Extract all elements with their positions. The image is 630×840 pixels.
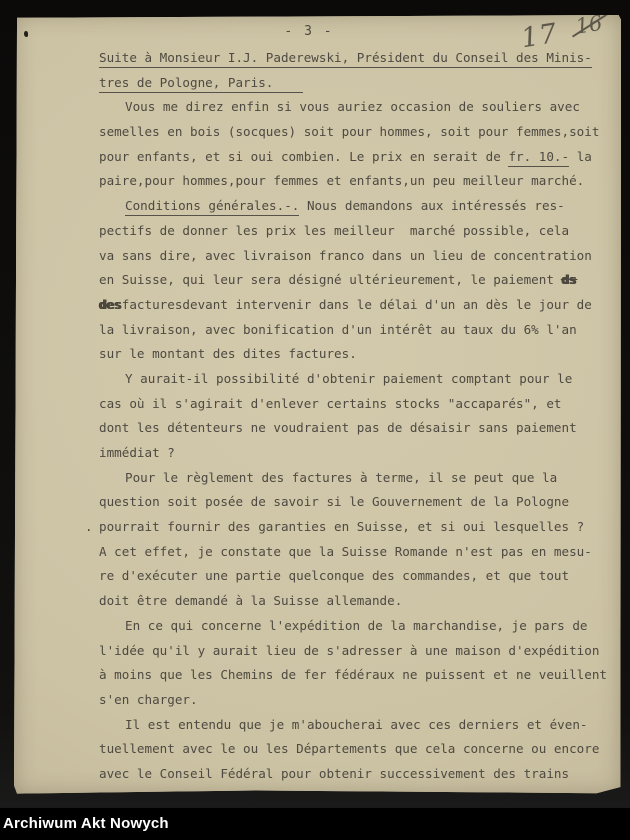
- handwritten-number-crossed-out: 16: [574, 11, 604, 39]
- document-line: sur le montant des dites factures.: [99, 342, 615, 367]
- text-run: facturesdevant intervenir dans le délai …: [122, 297, 592, 312]
- document-line: immédiat ?: [99, 441, 615, 466]
- document-line: l'idée qu'il y aurait lieu de s'adresser…: [99, 639, 615, 664]
- document-line: Pour le règlement des factures à terme, …: [99, 466, 615, 491]
- document-line: s'en charger.: [99, 688, 615, 713]
- text-run: pourrait fournir des garanties en Suisse…: [99, 519, 584, 534]
- emphasized-text: fr. 10.-: [508, 149, 569, 167]
- document-line: Vous me direz enfin si vous auriez occas…: [99, 95, 615, 120]
- text-run: cas où il s'agirait d'enlever certains s…: [99, 396, 562, 411]
- document-line: Il est entendu que je m'aboucherai avec …: [99, 713, 615, 738]
- text-run: s'en charger.: [99, 692, 198, 707]
- text-run: à moins que les Chemins de fer fédéraux …: [99, 667, 607, 682]
- emphasized-text: tres de Pologne, Paris.: [99, 75, 303, 93]
- text-run: A cet effet, je constate que la Suisse R…: [99, 544, 592, 559]
- document-line: tres de Pologne, Paris.: [99, 71, 615, 96]
- text-run: question soit posée de savoir si le Gouv…: [99, 494, 569, 509]
- document-line: tuellement avec le ou les Départements q…: [99, 737, 615, 762]
- document-body: Suite à Monsieur I.J. Paderewski, Présid…: [99, 46, 615, 787]
- scanned-page: - 3 - 17 16 Suite à Monsieur I.J. Padere…: [14, 15, 621, 794]
- text-run: doit être demandé à la Suisse allemande.: [99, 593, 402, 608]
- document-line: avec le Conseil Fédéral pour obtenir suc…: [99, 762, 615, 787]
- text-run: Vous me direz enfin si vous auriez occas…: [125, 99, 580, 114]
- text-run: tuellement avec le ou les Départements q…: [99, 741, 599, 756]
- text-run: va sans dire, avec livraison franco dans…: [99, 248, 592, 263]
- document-line: desfacturesdevant intervenir dans le dél…: [99, 293, 615, 318]
- text-run: dont les détenteurs ne voudraient pas de…: [99, 420, 577, 435]
- text-run: Nous demandons aux intéressés res-: [299, 198, 564, 213]
- document-line: paire,pour hommes,pour femmes et enfants…: [99, 169, 615, 194]
- document-line: pour enfants, et si oui combien. Le prix…: [99, 145, 615, 170]
- text-run: en Suisse, qui leur sera désigné ultérie…: [99, 272, 562, 287]
- document-line: doit être demandé à la Suisse allemande.: [99, 589, 615, 614]
- text-run: Pour le règlement des factures à terme, …: [125, 470, 557, 485]
- text-run: immédiat ?: [99, 445, 175, 460]
- text-run: semelles en bois (socques) soit pour hom…: [99, 124, 599, 139]
- emphasized-text: Conditions générales.-.: [125, 198, 299, 216]
- document-line: cas où il s'agirait d'enlever certains s…: [99, 392, 615, 417]
- document-line: pectifs de donner les prix les meilleur …: [99, 219, 615, 244]
- document-line: A cet effet, je constate que la Suisse R…: [99, 540, 615, 565]
- document-line: Y aurait-il possibilité d'obtenir paieme…: [99, 367, 615, 392]
- text-run: sur le montant des dites factures.: [99, 346, 357, 361]
- text-run: En ce qui concerne l'expédition de la ma…: [125, 618, 588, 633]
- text-run: re d'exécuter une partie quelconque des …: [99, 568, 569, 583]
- emphasized-text: Suite à Monsieur I.J. Paderewski, Présid…: [99, 50, 592, 68]
- text-run: paire,pour hommes,pour femmes et enfants…: [99, 173, 584, 188]
- text-run: Il est entendu que je m'aboucherai avec …: [125, 717, 588, 732]
- text-run: la: [569, 149, 592, 164]
- text-run: pectifs de donner les prix les meilleur …: [99, 223, 569, 238]
- page-number: - 3 -: [14, 24, 604, 39]
- stray-mark: .: [85, 515, 93, 540]
- archive-footer-bar: Archiwum Akt Nowych: [0, 808, 630, 840]
- document-line: va sans dire, avec livraison franco dans…: [99, 244, 615, 269]
- text-run: Y aurait-il possibilité d'obtenir paieme…: [125, 371, 572, 386]
- text-run: pour enfants, et si oui combien. Le prix…: [99, 149, 508, 164]
- document-line: En ce qui concerne l'expédition de la ma…: [99, 614, 615, 639]
- document-line: à moins que les Chemins de fer fédéraux …: [99, 663, 615, 688]
- emphasized-text: ds: [562, 272, 577, 287]
- text-run: la livraison, avec bonification d'un int…: [99, 322, 577, 337]
- emphasized-text: des: [99, 297, 122, 312]
- document-line: Suite à Monsieur I.J. Paderewski, Présid…: [99, 46, 615, 71]
- text-run: l'idée qu'il y aurait lieu de s'adresser…: [99, 643, 599, 658]
- document-line: question soit posée de savoir si le Gouv…: [99, 490, 615, 515]
- document-line: re d'exécuter une partie quelconque des …: [99, 564, 615, 589]
- document-line: Conditions générales.-. Nous demandons a…: [99, 194, 615, 219]
- document-line: dont les détenteurs ne voudraient pas de…: [99, 416, 615, 441]
- document-line: en Suisse, qui leur sera désigné ultérie…: [99, 268, 615, 293]
- scan-viewer: - 3 - 17 16 Suite à Monsieur I.J. Padere…: [0, 0, 630, 840]
- document-line: la livraison, avec bonification d'un int…: [99, 318, 615, 343]
- archive-name-label: Archiwum Akt Nowych: [3, 815, 169, 832]
- document-line: semelles en bois (socques) soit pour hom…: [99, 120, 615, 145]
- text-run: avec le Conseil Fédéral pour obtenir suc…: [99, 766, 569, 781]
- document-line: .pourrait fournir des garanties en Suiss…: [99, 515, 615, 540]
